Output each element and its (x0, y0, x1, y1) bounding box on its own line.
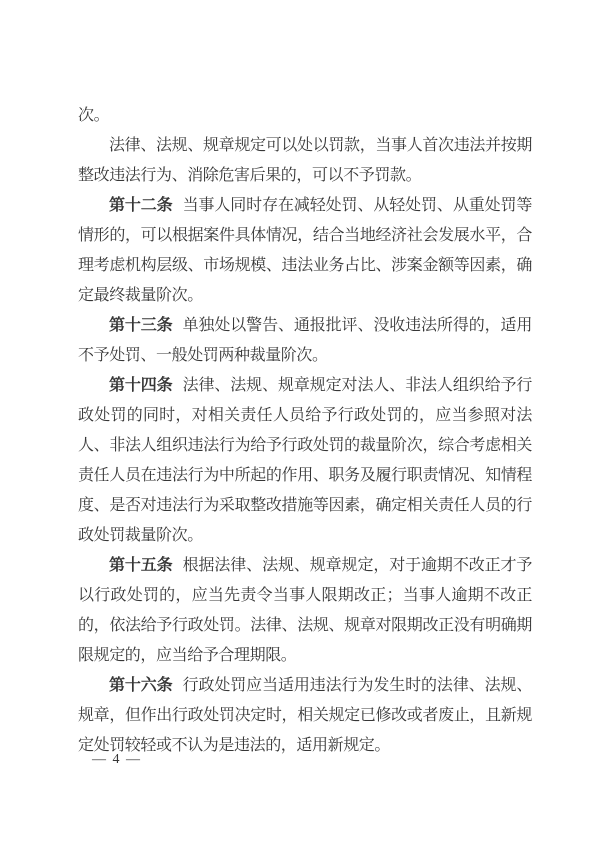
article-number: 第十二条 (109, 197, 173, 214)
paragraph-article-15: 第十五条根据法律、法规、规章规定，对于逾期不改正才予以行政处罚的，应当先责令当事… (78, 551, 532, 671)
paragraph-article-13: 第十三条单独处以警告、通报批评、没收违法所得的，适用不予处罚、一般处罚两种裁量阶… (78, 311, 532, 371)
paragraph-text: 法律、法规、规章规定对法人、非法人组织给予行政处罚的同时，对相关责任人员给予行政… (78, 377, 532, 544)
article-number: 第十五条 (109, 557, 173, 574)
article-number: 第十四条 (109, 377, 173, 394)
paragraph: 法律、法规、规章规定可以处以罚款，当事人首次违法并按期整改违法行为、消除危害后果… (78, 131, 532, 191)
article-number: 第十三条 (109, 317, 173, 334)
paragraph-text: 次。 (78, 107, 109, 124)
page-number: — 4 — (92, 751, 142, 769)
document-page: 次。 法律、法规、规章规定可以处以罚款，当事人首次违法并按期整改违法行为、消除危… (0, 0, 599, 848)
article-number: 第十六条 (109, 677, 173, 694)
paragraph-article-14: 第十四条法律、法规、规章规定对法人、非法人组织给予行政处罚的同时，对相关责任人员… (78, 371, 532, 551)
paragraph-article-12: 第十二条当事人同时存在减轻处罚、从轻处罚、从重处罚等情形的，可以根据案件具体情况… (78, 191, 532, 311)
paragraph-continuation: 次。 (78, 101, 532, 131)
paragraph-article-16: 第十六条行政处罚应当适用违法行为发生时的法律、法规、规章，但作出行政处罚决定时，… (78, 671, 532, 761)
paragraph-text: 法律、法规、规章规定可以处以罚款，当事人首次违法并按期整改违法行为、消除危害后果… (78, 137, 532, 184)
document-body: 次。 法律、法规、规章规定可以处以罚款，当事人首次违法并按期整改违法行为、消除危… (78, 101, 532, 761)
